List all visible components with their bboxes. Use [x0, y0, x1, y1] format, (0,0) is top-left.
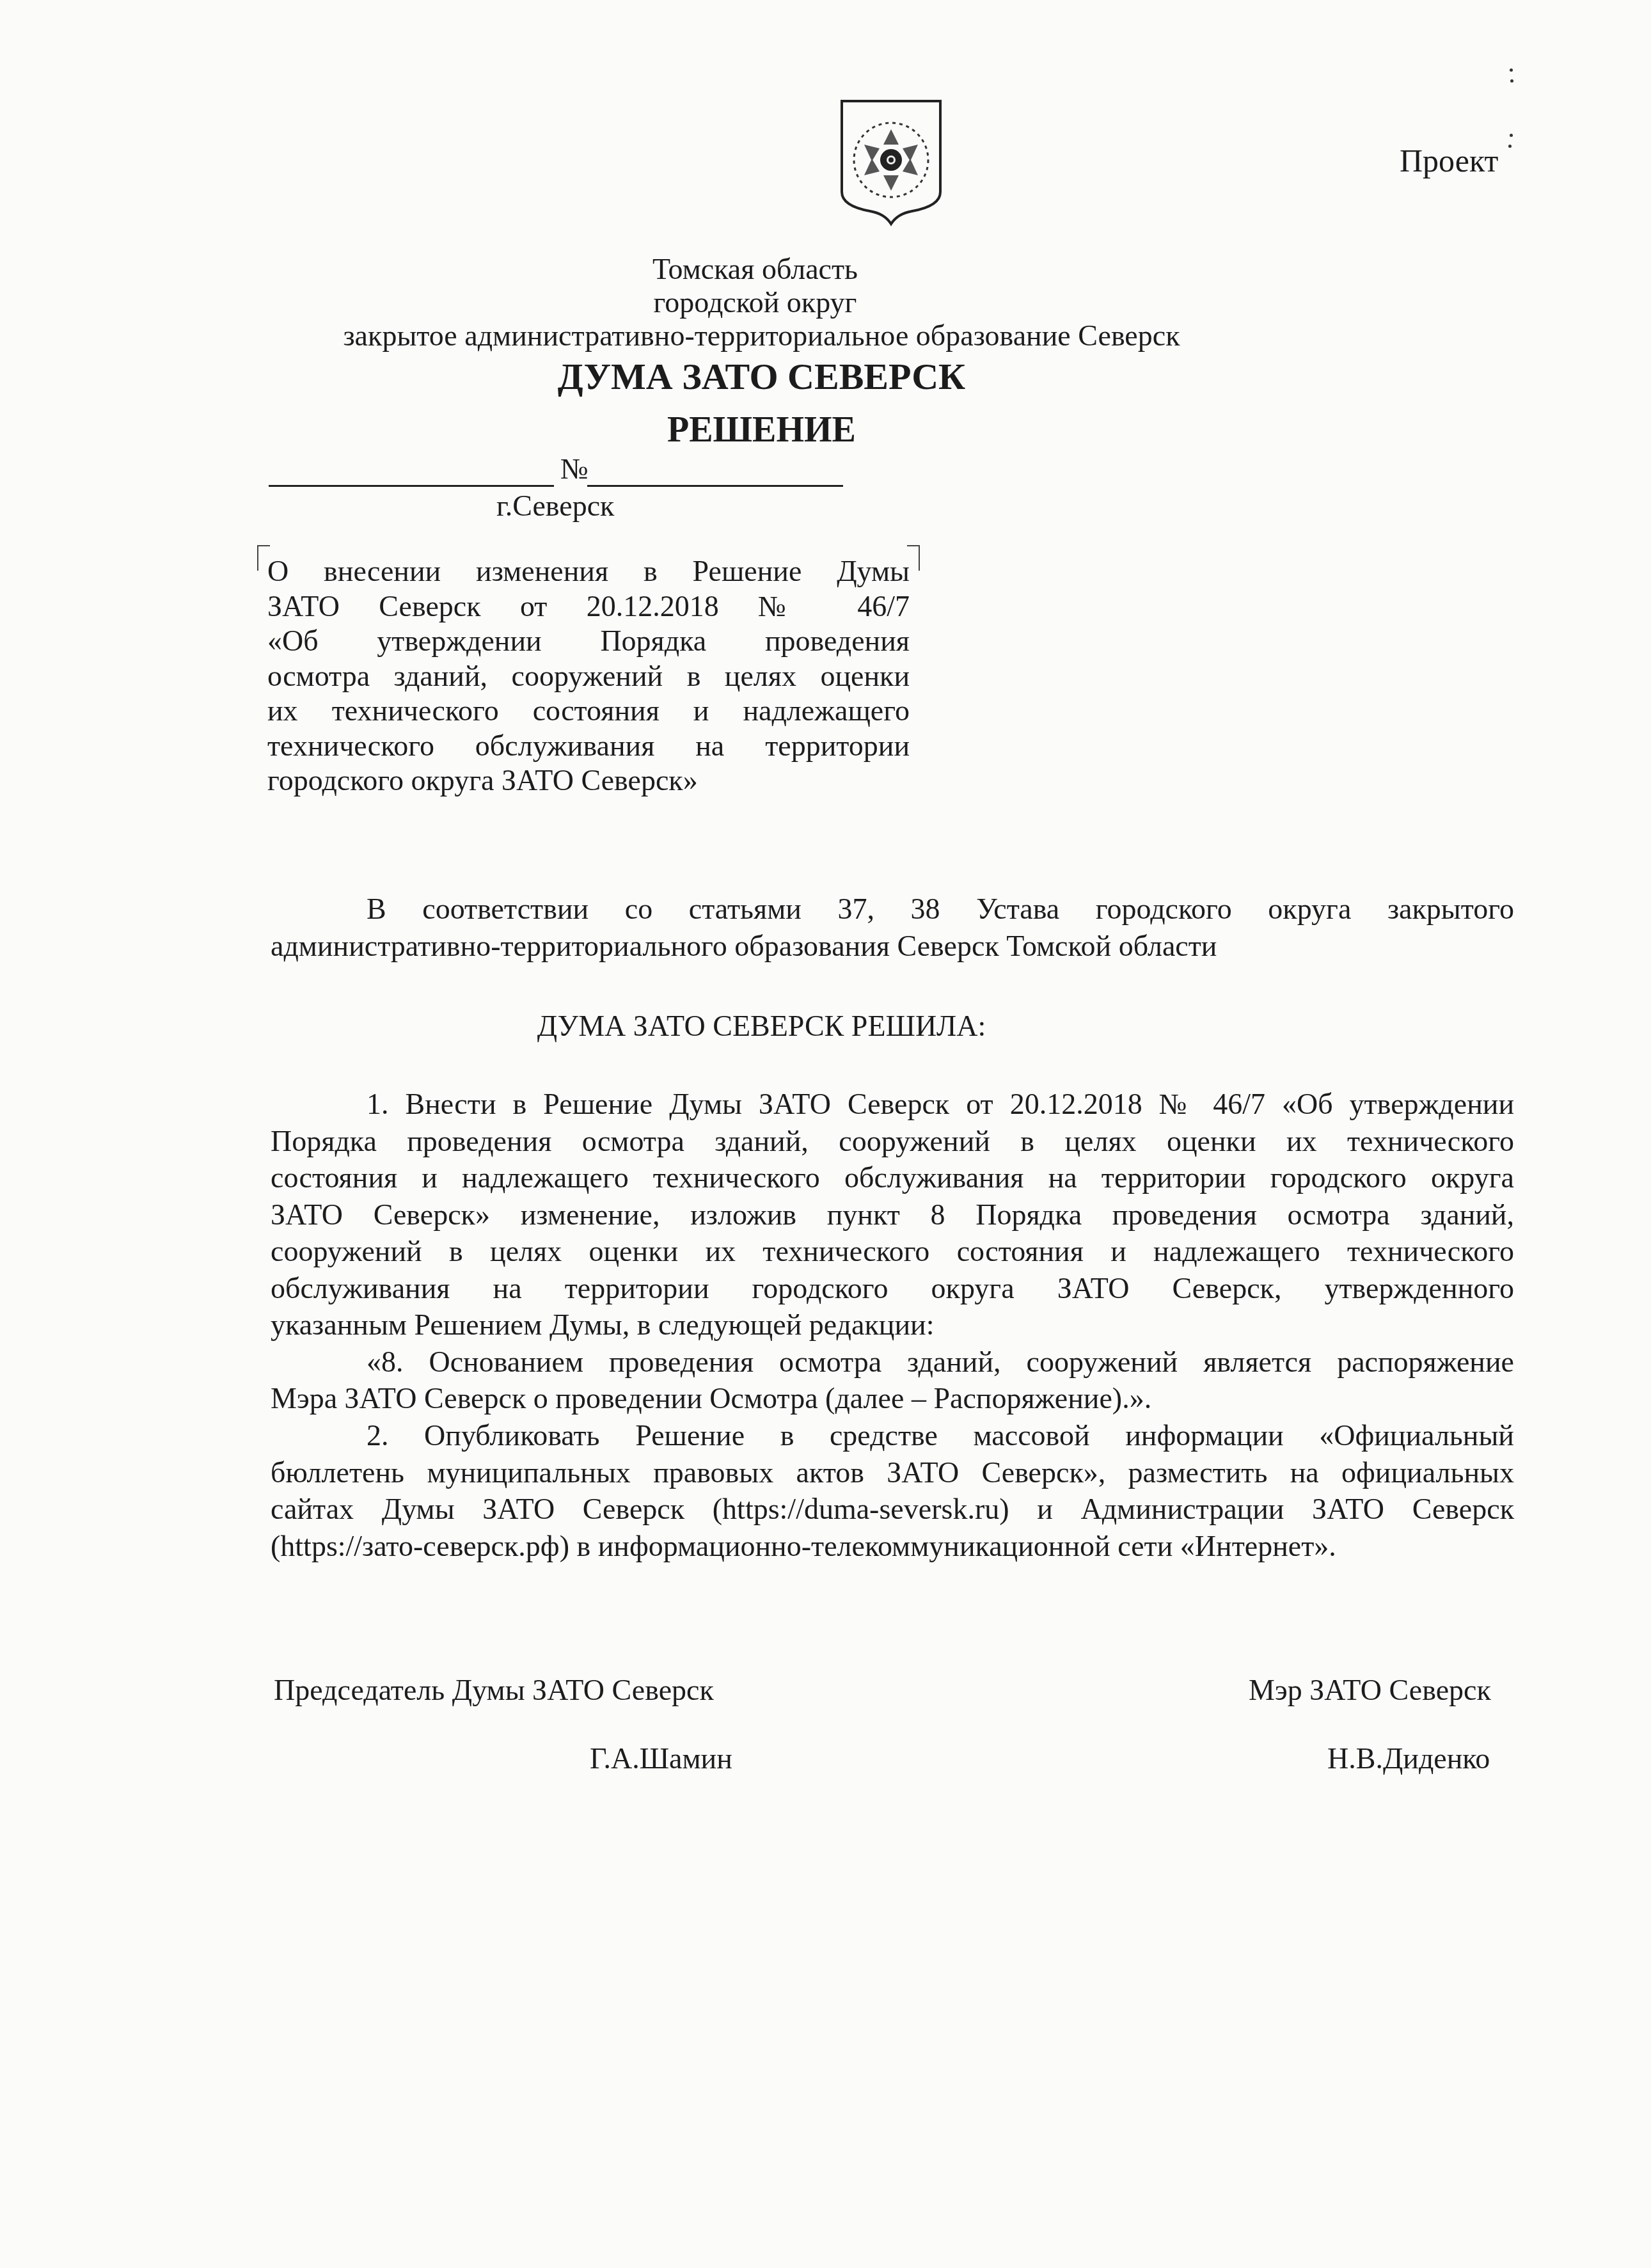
paragraph-line: бюллетень муниципальных правовых актов З… — [271, 1454, 1514, 1491]
header-region: Томская область — [0, 253, 1581, 286]
number-sign: № — [560, 452, 589, 486]
document-type: РЕШЕНИЕ — [0, 409, 1587, 450]
paragraph-line: (https://зато-северск.рф) в информационн… — [271, 1528, 1514, 1565]
paragraph-line: сайтах Думы ЗАТО Северск (https://duma-s… — [271, 1491, 1514, 1528]
paragraph-line: указанным Решением Думы, в следующей ред… — [271, 1306, 1514, 1344]
title-line: О внесении изменения в Решение Думы — [267, 554, 910, 589]
city-label: г.Северск — [496, 489, 614, 523]
paragraph-line: Порядка проведения осмотра зданий, соору… — [271, 1123, 1514, 1160]
paragraph-line: обслуживания на территории городского ок… — [271, 1270, 1514, 1307]
number-blank-line — [587, 485, 843, 487]
title-line: их технического состояния и надлежащего — [267, 694, 910, 729]
signatory-left-name: Г.А.Шамин — [590, 1741, 732, 1775]
paragraph-line: сооружений в целях оценки их техническог… — [271, 1233, 1514, 1270]
signatory-left-title: Председатель Думы ЗАТО Северск — [274, 1673, 714, 1707]
title-line: «Об утверждении Порядка проведения — [267, 624, 910, 659]
scan-speck — [1510, 134, 1513, 137]
paragraph-line: ЗАТО Северск» изменение, изложив пункт 8… — [271, 1196, 1514, 1233]
item-2-paragraph: 2. Опубликовать Решение в средстве массо… — [271, 1417, 1514, 1564]
header-zato: закрытое административно-территориальное… — [0, 319, 1587, 353]
quoted-amendment-line: Мэра ЗАТО Северск о проведении Осмотра (… — [271, 1380, 1514, 1417]
coat-of-arms-icon — [837, 96, 945, 229]
draft-stamp: Проект — [1400, 142, 1498, 179]
date-number-row: № — [269, 452, 857, 490]
paragraph-line: 2. Опубликовать Решение в средстве массо… — [271, 1417, 1514, 1454]
title-line: городского округа ЗАТО Северск» — [267, 763, 910, 798]
item-1-paragraph: 1. Внести в Решение Думы ЗАТО Северск от… — [271, 1086, 1514, 1417]
title-line: ЗАТО Северск от 20.12.2018 № 46/7 — [267, 589, 910, 624]
title-line: осмотра зданий, сооружений в целях оценк… — [267, 659, 910, 694]
scan-speck — [1508, 145, 1512, 148]
quoted-amendment-line: «8. Основанием проведения осмотра зданий… — [271, 1344, 1514, 1381]
paragraph-line: административно-территориального образов… — [271, 928, 1514, 965]
scan-speck — [1510, 79, 1513, 83]
scan-speck — [1510, 68, 1513, 72]
authority-title: ДУМА ЗАТО СЕВЕРСК — [0, 355, 1587, 398]
signatory-right-title: Мэр ЗАТО Северск — [1249, 1673, 1491, 1707]
document-title: О внесении изменения в Решение Думы ЗАТО… — [267, 554, 910, 798]
paragraph-line: состояния и надлежащего технического обс… — [271, 1159, 1514, 1196]
paragraph-line: 1. Внести в Решение Думы ЗАТО Северск от… — [271, 1086, 1514, 1123]
signatory-right-name: Н.В.Диденко — [1327, 1741, 1490, 1775]
paragraph-line: В соответствии со статьями 37, 38 Устава… — [271, 891, 1514, 928]
title-line: технического обслуживания на территории — [267, 729, 910, 764]
header-district: городской округ — [0, 286, 1581, 319]
preamble-paragraph: В соответствии со статьями 37, 38 Устава… — [271, 891, 1514, 964]
resolved-heading: ДУМА ЗАТО СЕВЕРСК РЕШИЛА: — [0, 1009, 1587, 1043]
date-blank-line — [269, 485, 554, 487]
